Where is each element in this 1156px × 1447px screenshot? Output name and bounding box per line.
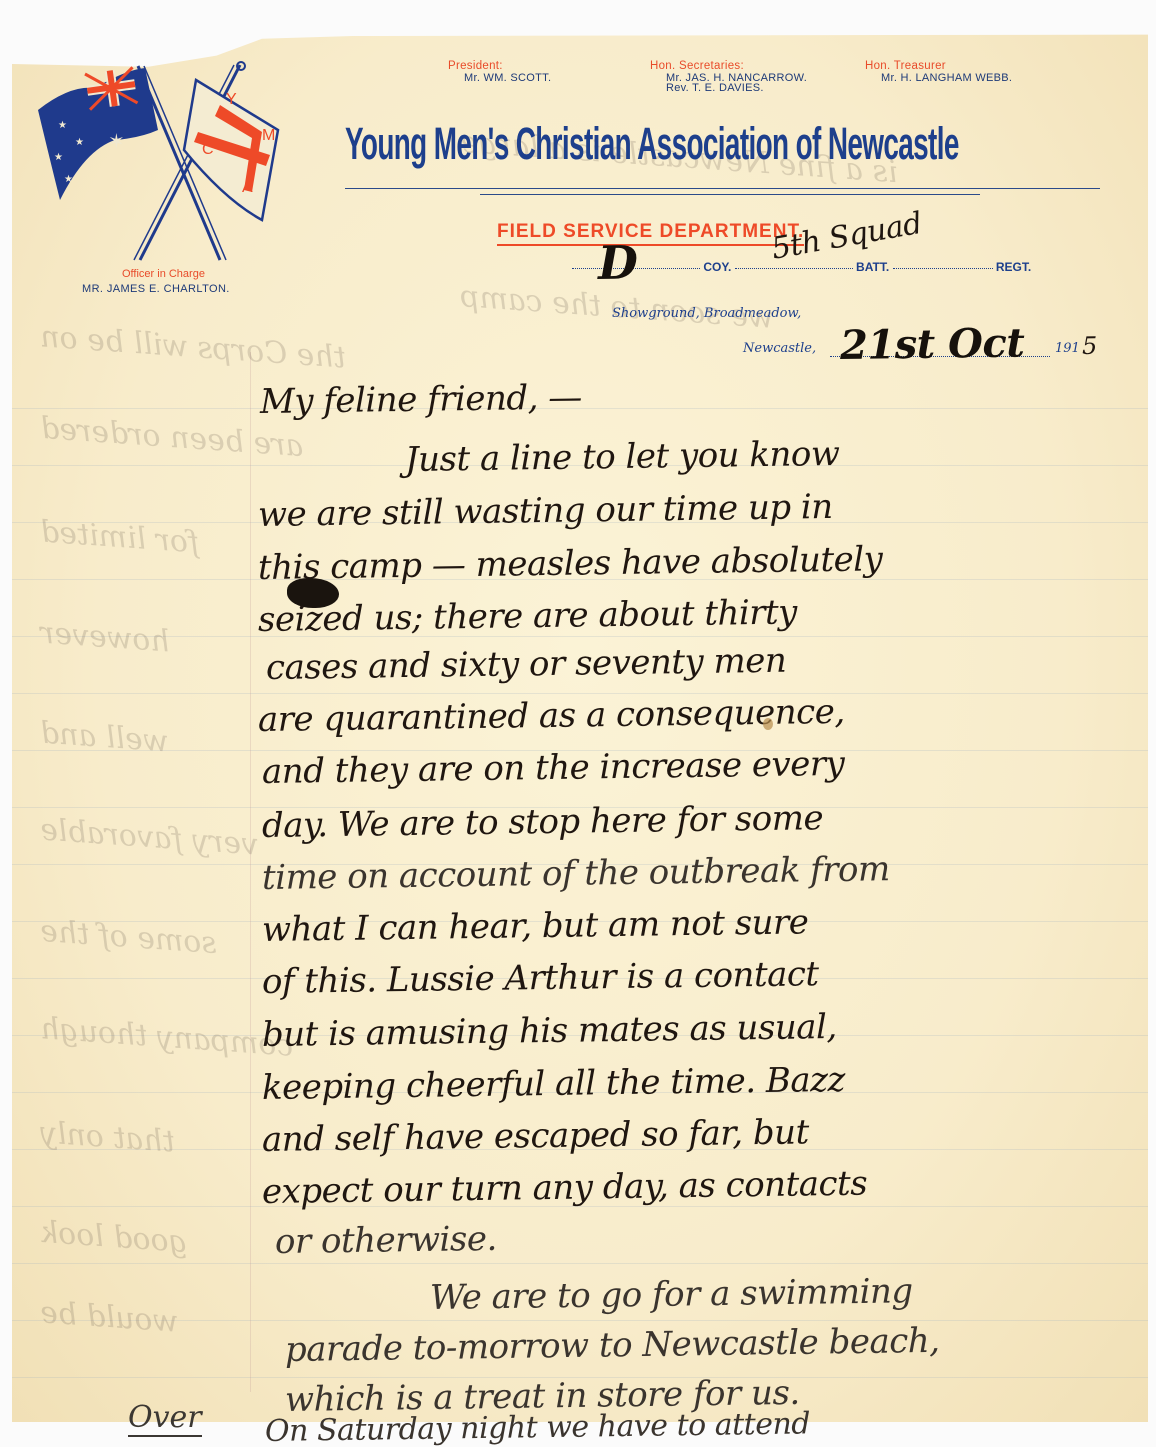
title-rule-short [480,194,980,195]
address-line-1: Showground, Broadmeadow, [612,306,801,321]
svg-text:★: ★ [64,174,73,185]
letter-line: but is amusing his mates as usual, [262,1007,837,1055]
coy-label: COY. [703,260,731,274]
officer-in-charge-label: Officer in Charge [122,268,205,280]
address-line-2: Newcastle, [743,341,816,356]
letter-line: what I can hear, but am not sure [262,902,809,950]
unit-fields: COY. BATT. REGT. [572,260,1107,274]
over-note: Over [128,1400,202,1437]
coy-value: D [598,235,638,290]
margin-line [250,352,251,1392]
svg-text:★: ★ [75,137,84,148]
letter-line: We are to go for a swimming [430,1271,913,1318]
letter-line: keeping cheerful all the time. Bazz [262,1060,845,1108]
letter-line: and they are on the increase every [262,744,845,792]
letter-line: of this. Lussie Arthur is a contact [262,954,819,1002]
svg-text:C: C [202,141,214,158]
treasurer-block: Hon. Treasurer Mr. H. LANGHAM WEBB. [865,60,1012,84]
date-handwritten: 21st Oct [840,319,1025,369]
svg-text:★: ★ [58,120,67,131]
officer-in-charge-name: MR. JAMES E. CHARLTON. [82,283,230,295]
letter-line: or otherwise. [275,1219,497,1262]
svg-text:★: ★ [54,152,63,163]
salutation: My feline friend, — [260,378,582,422]
svg-text:A: A [242,179,253,196]
batt-label: BATT. [856,260,889,274]
president-block: President: Mr. WM. SCOTT. [448,60,551,84]
svg-text:Y: Y [226,91,237,108]
president-label: President: [448,60,551,72]
svg-text:✶: ✶ [108,131,125,153]
svg-text:M: M [262,127,275,144]
year-printed: 191 [1055,341,1080,356]
letter-line: are quarantined as a consequence, [258,692,845,740]
letter-line: expect our turn any day, as contacts [262,1164,868,1212]
ymca-flag-icon: Y M C A [184,80,278,220]
letter-line: cases and sixty or seventy men [266,641,787,688]
secretaries-block: Hon. Secretaries: Mr. JAS. H. NANCARROW.… [650,60,807,94]
letter-line: Just a line to let you know [405,434,840,480]
regt-label: REGT. [996,260,1031,274]
letter-line: day. We are to stop here for some [262,798,824,846]
letter-line: seized us; there are about thirty [258,592,797,640]
letter-line: we are still wasting our time up in [258,487,833,535]
letter-line: On Saturday night we have to attend [265,1406,810,1447]
letter-line: and self have escaped so far, but [262,1112,809,1160]
department-heading: FIELD SERVICE DEPARTMENT. [497,221,804,246]
year-handwritten: 5 [1082,332,1097,360]
australian-flag-icon: ✶ ★ ★ ★ ★ [38,67,158,200]
paper-stain [763,718,773,730]
title-rule [345,188,1100,189]
president-name: Mr. WM. SCOTT. [448,72,551,84]
organization-title: Young Men's Christian Association of New… [345,118,959,170]
secretaries-label: Hon. Secretaries: [650,60,807,72]
treasurer-label: Hon. Treasurer [865,60,1012,72]
crossed-flags-logo: ✶ ★ ★ ★ ★ Y M C A [30,60,280,270]
treasurer-name: Mr. H. LANGHAM WEBB. [865,72,1012,84]
